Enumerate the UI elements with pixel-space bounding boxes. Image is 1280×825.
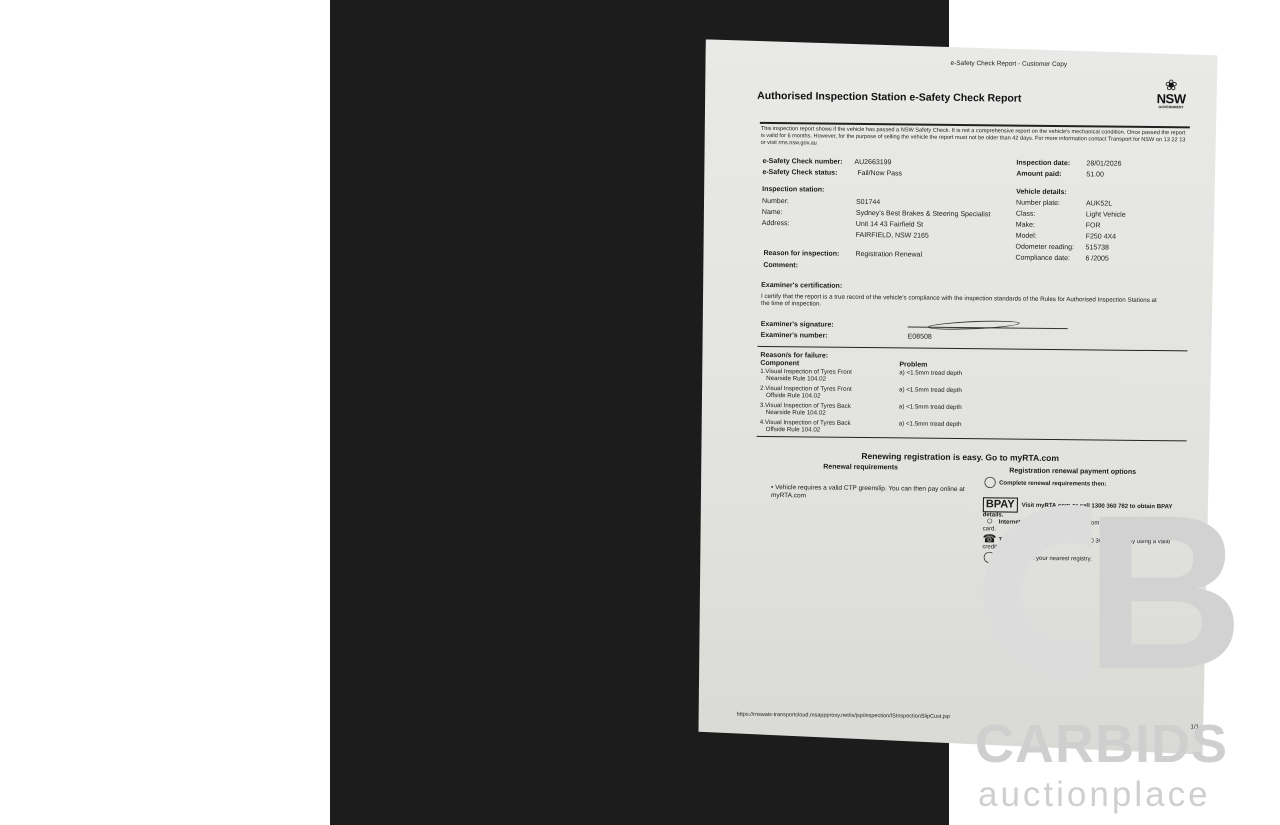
station-name: Sydney's Best Brakes & Steering Speciali… bbox=[856, 210, 990, 219]
odometer: 515738 bbox=[1086, 244, 1109, 252]
renewal-requirements-heading: Renewal requirements bbox=[823, 464, 898, 472]
failure-problem: a) <1.5mm tread depth bbox=[899, 421, 962, 428]
amount: 51.00 bbox=[1086, 171, 1104, 179]
plate-label: Number plate: bbox=[1016, 200, 1060, 208]
station-number: S01744 bbox=[856, 199, 880, 207]
intro-text: This inspection report shows if the vehi… bbox=[761, 126, 1191, 152]
station-address-line2: FAIRFIELD, NSW 2165 bbox=[856, 232, 929, 241]
certification-text: I certify that the report is a true reco… bbox=[761, 293, 1161, 311]
nsw-government-logo: ❀ NSW GOVERNMENT bbox=[1153, 78, 1189, 110]
station-address-line1: Unit 14 43 Fairfield St bbox=[856, 221, 923, 230]
problem-header: Problem bbox=[899, 361, 927, 369]
reason-label: Reason for inspection: bbox=[763, 250, 839, 259]
failure-problem: a) <1.5mm tread depth bbox=[899, 387, 962, 394]
examiner-number: E08508 bbox=[908, 333, 932, 341]
brand-tagline: auctionplace bbox=[978, 775, 1211, 815]
plate: AUK52L bbox=[1086, 200, 1112, 208]
report-title: Authorised Inspection Station e-Safety C… bbox=[757, 90, 1021, 105]
check-number: AU2663199 bbox=[854, 159, 891, 167]
compliance-label: Compliance date: bbox=[1015, 255, 1070, 264]
class-label: Class: bbox=[1016, 211, 1036, 219]
station-number-label: Number: bbox=[762, 198, 789, 206]
failure-problem: a) <1.5mm tread depth bbox=[899, 370, 962, 377]
header-copy: e-Safety Check Report - Customer Copy bbox=[950, 60, 1067, 68]
odometer-label: Odometer reading: bbox=[1016, 244, 1074, 253]
carbids-watermark: B CARBIDS auctionplace bbox=[975, 505, 1260, 815]
check-number-label: e-Safety Check number: bbox=[762, 158, 842, 167]
comment-label: Comment: bbox=[763, 262, 798, 270]
station-heading: Inspection station: bbox=[762, 186, 824, 195]
amount-label: Amount paid: bbox=[1016, 171, 1061, 179]
compliance: 6 /2005 bbox=[1085, 255, 1108, 263]
failure-component: 4.Visual Inspection of Tyres BackOffside… bbox=[760, 420, 851, 434]
check-status-label: e-Safety Check status: bbox=[762, 169, 837, 178]
divider bbox=[757, 436, 1187, 442]
make-label: Make: bbox=[1016, 222, 1035, 230]
reason: Registration Renewal bbox=[855, 251, 922, 260]
failure-problem: a) <1.5mm tread depth bbox=[899, 404, 962, 411]
failure-component: 3.Visual Inspection of Tyres BackNearsid… bbox=[760, 403, 851, 417]
person-icon: ◯ bbox=[983, 479, 997, 486]
brand-name: CARBIDS bbox=[975, 713, 1228, 775]
check-status: Fail/Now Pass bbox=[857, 170, 902, 178]
examiner-signature bbox=[928, 319, 1020, 331]
station-address-label: Address: bbox=[762, 220, 790, 228]
document-photo: e-Safety Check Report - Customer Copy Au… bbox=[330, 0, 949, 825]
vehicle-class: Light Vehicle bbox=[1086, 211, 1126, 219]
model-label: Model: bbox=[1016, 233, 1037, 241]
examiner-number-label: Examiner's number: bbox=[761, 332, 828, 341]
make: FOR bbox=[1086, 222, 1101, 230]
b-monogram: B bbox=[1085, 505, 1245, 680]
certification-heading: Examiner's certification: bbox=[761, 282, 842, 291]
signature-label: Examiner's signature: bbox=[761, 321, 834, 330]
failure-component: 2.Visual Inspection of Tyres FrontOffsid… bbox=[760, 386, 852, 400]
inspection-date-label: Inspection date: bbox=[1016, 160, 1070, 169]
failure-component: 1.Visual Inspection of Tyres FrontNearsi… bbox=[760, 369, 852, 383]
footer-url: https://rnswais-transportcloud.msappprox… bbox=[737, 712, 950, 720]
vehicle-heading: Vehicle details: bbox=[1016, 189, 1067, 198]
divider bbox=[758, 346, 1188, 352]
requirement-bullet: • Vehicle requires a valid CTP greenslip… bbox=[771, 484, 981, 502]
model: F250 4X4 bbox=[1086, 233, 1116, 241]
inspection-date: 28/01/2026 bbox=[1086, 160, 1121, 168]
renewal-headline: Renewing registration is easy. Go to myR… bbox=[861, 451, 1059, 463]
station-name-label: Name: bbox=[762, 209, 783, 217]
